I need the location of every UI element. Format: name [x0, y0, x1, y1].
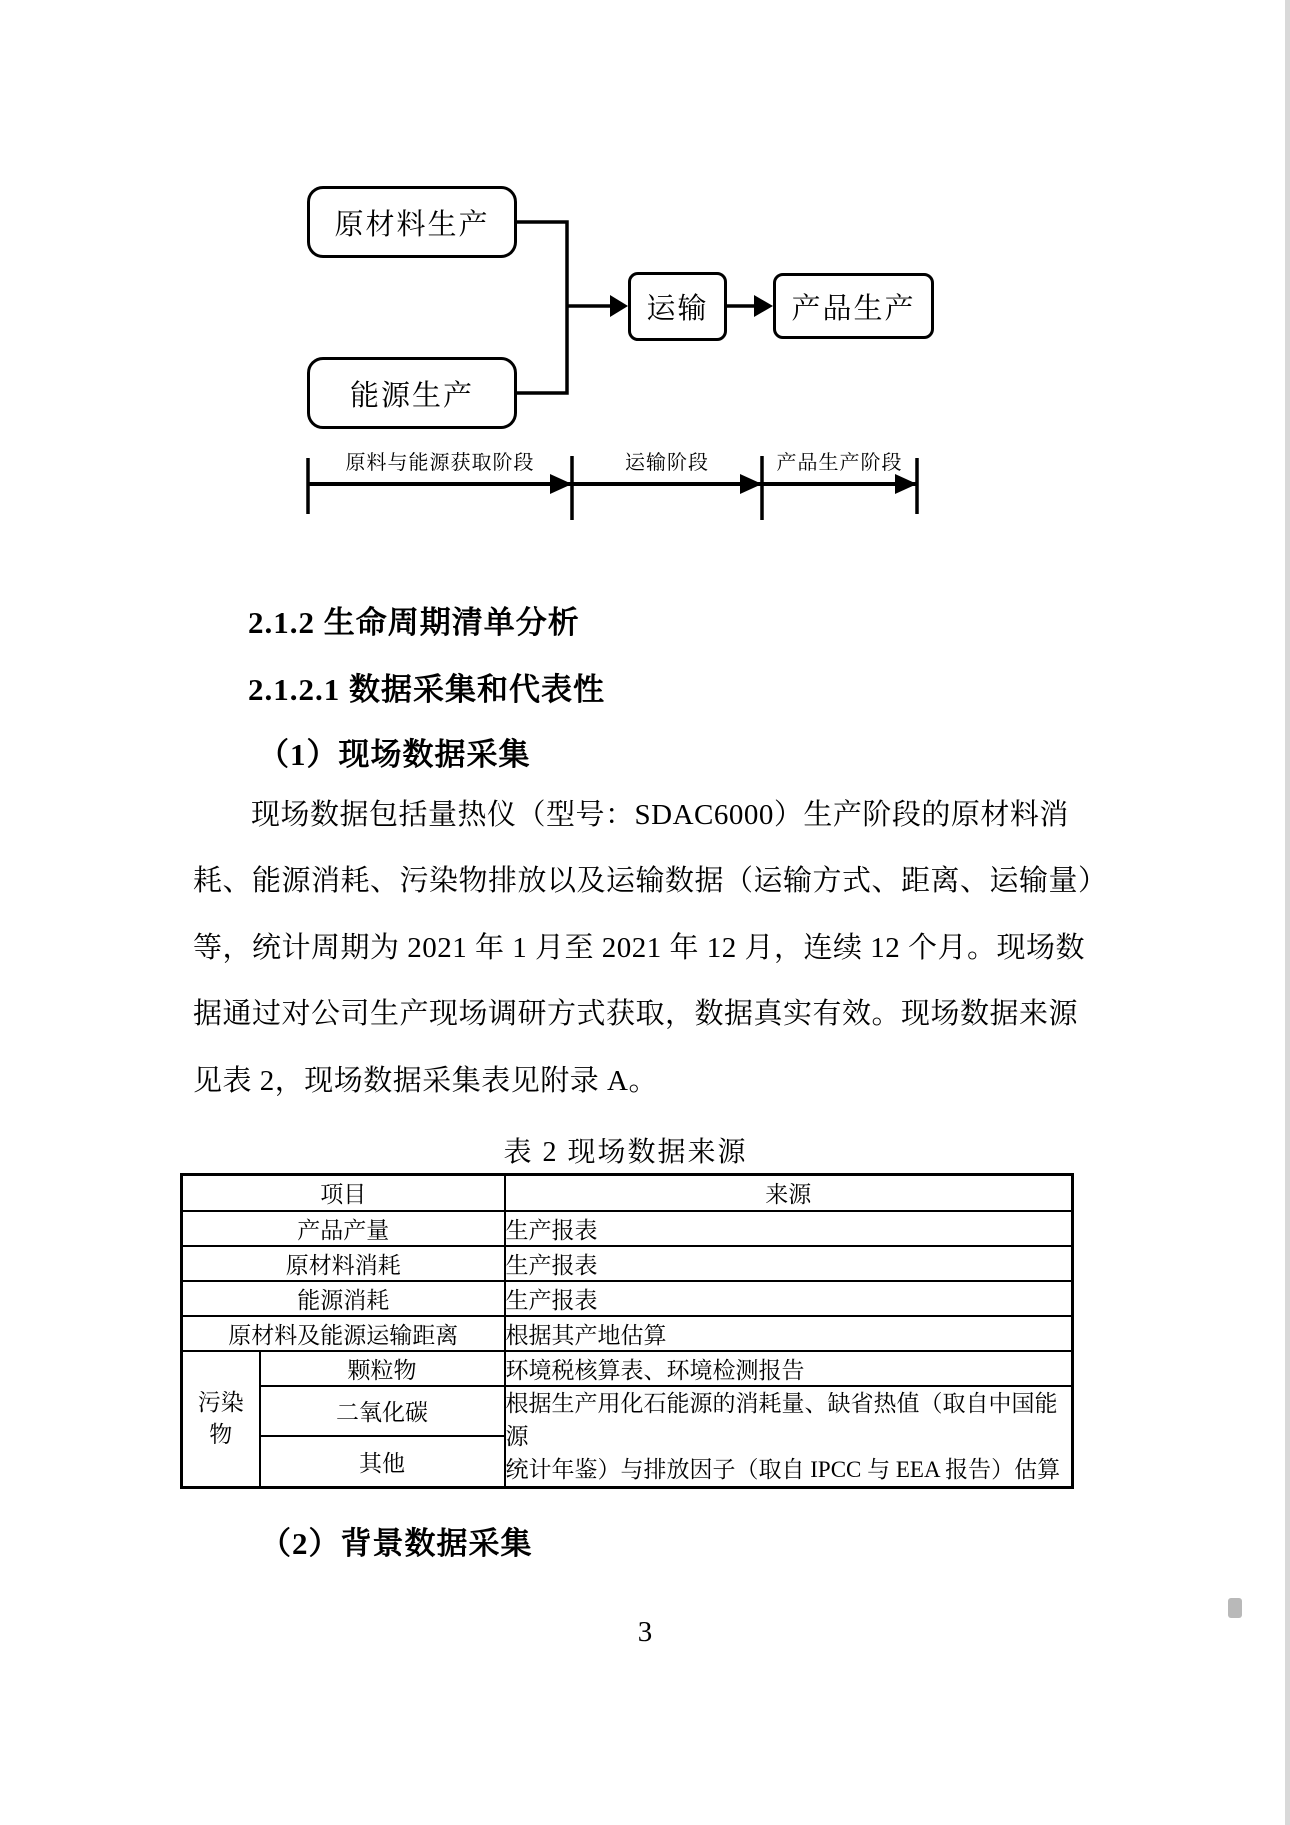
stage-label-acquisition: 原料与能源获取阶段 — [308, 450, 572, 476]
data-source-table: 项目 来源 产品产量 生产报表 原材料消耗 生产报表 能源消耗 生产报表 原材料… — [180, 1173, 1074, 1489]
axis-arrowhead-2-icon — [740, 474, 762, 494]
page-number: 3 — [0, 1612, 1290, 1652]
energy-production-box: 能源生产 — [307, 357, 517, 429]
transport-label: 运输 — [646, 286, 708, 327]
axis-arrowhead-3-icon — [895, 474, 917, 494]
junction-lines — [517, 220, 567, 394]
arrowhead-transport-icon — [610, 295, 628, 317]
scan-smudge-artifact — [1228, 1598, 1242, 1618]
table-row: 原材料及能源运输距离 根据其产地估算 — [182, 1316, 1073, 1351]
document-page: { "diagram": { "boxes": { "raw_material"… — [0, 0, 1290, 1825]
source-cell: 生产报表 — [505, 1246, 1073, 1281]
source-cell: 生产报表 — [505, 1281, 1073, 1316]
table-row: 产品产量 生产报表 — [182, 1211, 1073, 1246]
axis-arrowhead-1-icon — [550, 474, 572, 494]
source-cell: 根据其产地估算 — [505, 1316, 1073, 1351]
table-caption: 表 2 现场数据来源 — [180, 1133, 1071, 1173]
table-header-row: 项目 来源 — [182, 1175, 1073, 1211]
table-row: 原材料消耗 生产报表 — [182, 1246, 1073, 1281]
paragraph-line: 见表 2，现场数据采集表见附录 A。 — [193, 1048, 1108, 1114]
body-paragraph: 现场数据包括量热仪（型号：SDAC6000）生产阶段的原材料消 耗、能源消耗、污… — [193, 782, 1108, 1114]
item-cell: 能源消耗 — [182, 1281, 505, 1316]
transport-box: 运输 — [628, 272, 727, 341]
item-cell: 二氧化碳 — [260, 1386, 505, 1436]
table-row-pollutant: 污染 物 颗粒物 环境税核算表、环境检测报告 — [182, 1351, 1073, 1386]
arrowhead-product-icon — [754, 295, 773, 317]
paragraph-line: 据通过对公司生产现场调研方式获取，数据真实有效。现场数据来源 — [193, 981, 1108, 1047]
source-cell: 生产报表 — [505, 1211, 1073, 1246]
pollutant-group-cell: 污染 物 — [182, 1351, 260, 1488]
section-heading-2-1-2-1: 2.1.2.1 数据采集和代表性 — [248, 670, 605, 710]
raw-material-production-box: 原材料生产 — [307, 186, 517, 258]
item-cell: 颗粒物 — [260, 1351, 505, 1386]
header-cell-source: 来源 — [505, 1175, 1073, 1211]
source-cell: 环境税核算表、环境检测报告 — [505, 1351, 1073, 1386]
raw-material-production-label: 原材料生产 — [334, 202, 489, 243]
table-row-pollutant: 二氧化碳 根据生产用化石能源的消耗量、缺省热值（取自中国能源 统计年鉴）与排放因… — [182, 1386, 1073, 1436]
item-cell: 原材料消耗 — [182, 1246, 505, 1281]
paragraph-line: 现场数据包括量热仪（型号：SDAC6000）生产阶段的原材料消 — [193, 782, 1108, 848]
item-cell: 其他 — [260, 1436, 505, 1487]
merged-source-cell: 根据生产用化石能源的消耗量、缺省热值（取自中国能源 统计年鉴）与排放因子（取自 … — [505, 1386, 1073, 1488]
table-row: 能源消耗 生产报表 — [182, 1281, 1073, 1316]
item-cell: 产品产量 — [182, 1211, 505, 1246]
item-cell: 原材料及能源运输距离 — [182, 1316, 505, 1351]
header-cell-item: 项目 — [182, 1175, 505, 1211]
subheading-background-data: （2）背景数据采集 — [260, 1524, 533, 1564]
subheading-field-data: （1）现场数据采集 — [258, 735, 531, 775]
scan-edge-artifact — [1285, 0, 1290, 1825]
product-production-label: 产品生产 — [791, 286, 915, 327]
product-production-box: 产品生产 — [773, 273, 934, 339]
paragraph-line: 等，统计周期为 2021 年 1 月至 2021 年 12 月，连续 12 个月… — [193, 915, 1108, 981]
stage-label-production: 产品生产阶段 — [762, 450, 917, 476]
section-heading-2-1-2: 2.1.2 生命周期清单分析 — [248, 603, 580, 643]
paragraph-line: 耗、能源消耗、污染物排放以及运输数据（运输方式、距离、运输量） — [193, 848, 1108, 914]
stage-label-transport: 运输阶段 — [572, 450, 762, 476]
energy-production-label: 能源生产 — [350, 373, 474, 414]
